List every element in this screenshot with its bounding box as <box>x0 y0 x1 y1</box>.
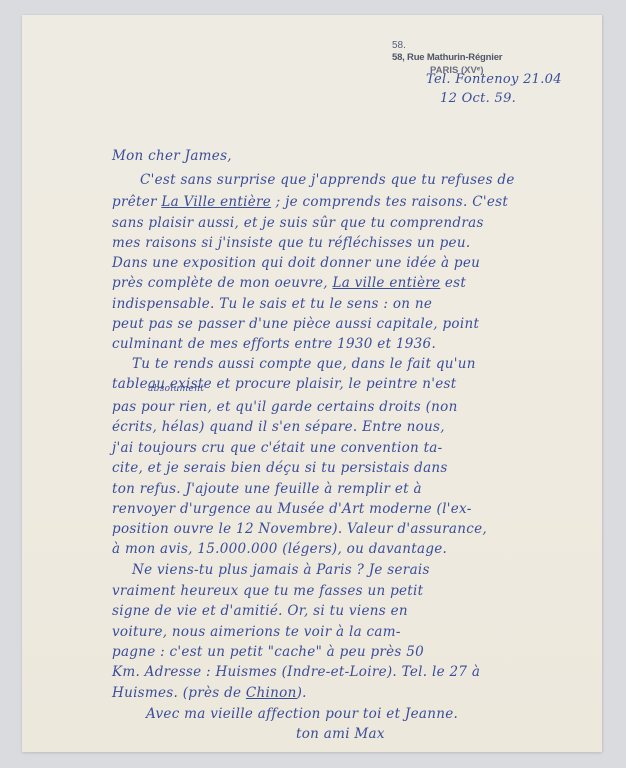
letter-line: peut pas se passer d'une pièce aussi cap… <box>112 316 479 332</box>
letter-line: pas pour rien, et qu'il garde certains d… <box>112 399 458 415</box>
underlined-title: La Ville entière <box>161 194 271 210</box>
letterhead-telephone: Tel. Fontenoy 21.04 <box>426 72 562 87</box>
underlined-title: La ville entière <box>332 275 440 291</box>
letterhead-street: 58, Rue Mathurin-Régnier <box>392 52 502 63</box>
letter-line: renvoyer d'urgence au Musée d'Art modern… <box>112 501 472 517</box>
signature: ton ami Max <box>296 726 385 742</box>
letter-line: sans plaisir aussi, et je suis sûr que t… <box>112 215 484 231</box>
letter-line: C'est sans surprise que j'apprends que t… <box>140 172 515 188</box>
letter-line: voiture, nous aimerions te voir à la cam… <box>112 624 401 640</box>
letterhead-number: 58. <box>392 40 406 51</box>
letter-line-text: est <box>440 275 466 291</box>
letter-line: Km. Adresse : Huismes (Indre-et-Loire). … <box>112 664 480 680</box>
letter-line: Avec ma vieille affection pour toi et Je… <box>146 706 458 722</box>
letter-line: vraiment heureux que tu me fasses un pet… <box>112 583 423 599</box>
interlinear-insert: absolument <box>148 384 204 394</box>
letter-line: position ouvre le 12 Novembre). Valeur d… <box>112 521 487 537</box>
letter-line: culminant de mes efforts entre 1930 et 1… <box>112 336 436 352</box>
letter-line: Ne viens-tu plus jamais à Paris ? Je ser… <box>132 562 430 578</box>
salutation: Mon cher James, <box>112 148 232 164</box>
letter-line: ton refus. J'ajoute une feuille à rempli… <box>112 481 422 497</box>
letter-line: Dans une exposition qui doit donner une … <box>112 255 480 271</box>
letter-line: signe de vie et d'amitié. Or, si tu vien… <box>112 603 408 619</box>
letter-line: indispensable. Tu le sais et tu le sens … <box>112 296 432 312</box>
letter-line-text: ; je comprends tes raisons. C'est <box>271 194 508 210</box>
letter-line: écrits, hélas) quand il s'en sépare. Ent… <box>112 419 445 435</box>
letter-line: mes raisons si j'insiste que tu réfléchi… <box>112 235 470 251</box>
underlined-title: Chinon <box>246 685 297 701</box>
letter-line-text: Huismes. (près de <box>112 685 246 701</box>
letter-line: cite, et je serais bien déçu si tu persi… <box>112 460 448 476</box>
letter-date: 12 Oct. 59. <box>440 91 516 106</box>
letter-line: à mon avis, 15.000.000 (légers), ou dava… <box>112 541 447 557</box>
letter-line: près complète de mon oeuvre, La ville en… <box>112 275 466 291</box>
letter-line: Huismes. (près de Chinon). <box>112 685 307 701</box>
letter-line: prêter La Ville entière ; je comprends t… <box>112 194 508 210</box>
letter-line-text: ). <box>297 685 307 701</box>
letter-line: j'ai toujours cru que c'était une conven… <box>112 440 443 456</box>
letter-line-text: prêter <box>112 194 161 210</box>
letter-line-text: près complète de mon oeuvre, <box>112 275 332 291</box>
letter-line: Tu te rends aussi compte que, dans le fa… <box>132 356 476 372</box>
letter-line: pagne : c'est un petit "cache" à peu prè… <box>112 644 424 660</box>
